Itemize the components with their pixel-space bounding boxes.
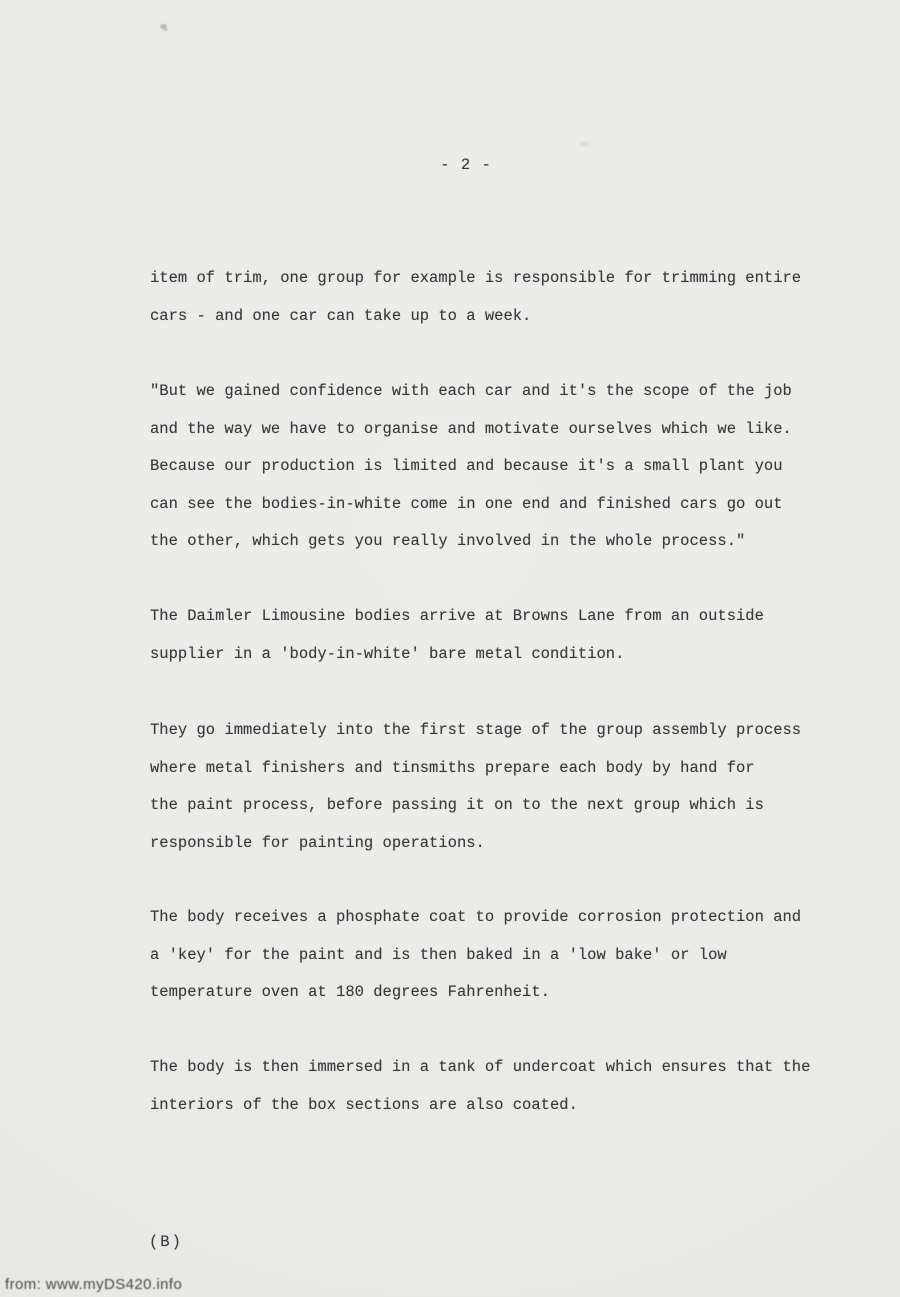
text-line: supplier in a 'body-in-white' bare metal… xyxy=(150,636,840,674)
page-number: - 2 - xyxy=(0,154,900,176)
text-line: They go immediately into the first stage… xyxy=(150,712,840,750)
paragraph-1: item of trim, one group for example is r… xyxy=(150,260,840,335)
scanned-document-page: - 2 - item of trim, one group for exampl… xyxy=(0,0,900,1297)
text-line: Because our production is limited and be… xyxy=(150,448,840,486)
paragraph-2: "But we gained confidence with each car … xyxy=(150,373,840,561)
text-line: "But we gained confidence with each car … xyxy=(150,373,840,411)
paragraph-5: The body receives a phosphate coat to pr… xyxy=(150,899,840,1012)
paragraph-3: The Daimler Limousine bodies arrive at B… xyxy=(150,598,840,673)
text-line: interiors of the box sections are also c… xyxy=(150,1087,840,1125)
text-line: responsible for painting operations. xyxy=(150,825,840,863)
text-line: item of trim, one group for example is r… xyxy=(150,260,840,298)
text-line: The body receives a phosphate coat to pr… xyxy=(150,899,840,937)
scan-artifact-smudge xyxy=(580,142,590,146)
source-watermark: from: www.myDS420.info xyxy=(5,1276,182,1294)
text-line: where metal finishers and tinsmiths prep… xyxy=(150,750,840,788)
footer-section-mark: (B) xyxy=(149,1224,183,1262)
text-line: The Daimler Limousine bodies arrive at B… xyxy=(150,598,840,636)
paragraph-4: They go immediately into the first stage… xyxy=(150,712,840,862)
text-line: the paint process, before passing it on … xyxy=(150,787,840,825)
text-line: a 'key' for the paint and is then baked … xyxy=(150,937,840,975)
text-line: and the way we have to organise and moti… xyxy=(150,411,840,449)
text-line: The body is then immersed in a tank of u… xyxy=(150,1049,840,1087)
text-line: temperature oven at 180 degrees Fahrenhe… xyxy=(150,974,840,1012)
text-line: cars - and one car can take up to a week… xyxy=(150,298,840,336)
text-line: the other, which gets you really involve… xyxy=(150,523,840,561)
text-line: can see the bodies-in-white come in one … xyxy=(150,486,840,524)
scan-artifact-speck xyxy=(160,24,167,29)
paragraph-6: The body is then immersed in a tank of u… xyxy=(150,1049,840,1124)
